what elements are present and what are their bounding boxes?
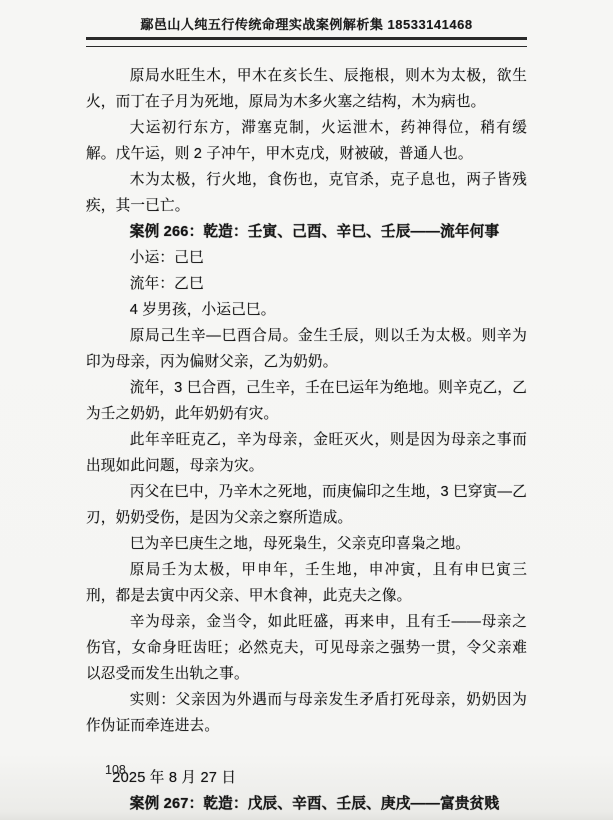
header-rule [86,37,527,47]
paragraph-year-analysis: 流年，3 巳合酉，己生辛，壬在巳运年为绝地。则辛克乙，乙为壬之奶奶，此年奶奶有灾… [86,375,527,427]
paragraph-mother-event: 此年辛旺克乙，辛为母亲，金旺灭火，则是因为母亲之事而出现如此问题，母亲为灾。 [86,427,527,479]
paragraph-wood-taiji: 木为太极，行火地，食伤也，克官杀，克子息也，两子皆残疾，其一已亡。 [86,167,527,219]
paragraph-si-branch: 巳为辛巳庚生之地，母死枭生，父亲克印喜枭之地。 [86,531,527,557]
scanned-page: 鄢邑山人纯五行传统命理实战案例解析集 18533141468 原局水旺生木，甲木… [0,0,613,820]
case-266-heading: 案例 266：乾造：壬寅、己酉、辛巳、壬辰——流年何事 [86,219,527,245]
paragraph-three-punishments: 原局壬为太极，甲申年，壬生地，申冲寅，且有申巳寅三刑，都是去寅中丙父亲、甲木食神… [86,557,527,609]
paragraph-origin-analysis: 原局己生辛—巳酉合局。金生壬辰，则以壬为太极。则辛为印为母亲，丙为偏财父亲，乙为… [86,323,527,375]
paragraph-boy-age: 4 岁男孩，小运己巳。 [86,297,527,323]
document-body: 原局水旺生木，甲木在亥长生、辰拖根，则木为太极，欲生火，而丁在子月为死地，原局为… [86,63,527,817]
paragraph-origin-chart: 原局水旺生木，甲木在亥长生、辰拖根，则木为太极，欲生火，而丁在子月为死地，原局为… [86,63,527,115]
paragraph-annual-year: 流年：乙巳 [86,271,527,297]
paragraph-mother-strength: 辛为母亲，金当令，如此旺盛，再来申，且有壬——母亲之伤官，女命身旺齿旺；必然克夫… [86,609,527,687]
paragraph-luck-cycle: 大运初行东方，滞塞克制，火运泄木，药神得位，稍有缓解。戊午运，则 2 子冲午，甲… [86,115,527,167]
case-267-heading: 案例 267：乾造：戊辰、辛酉、壬辰、庚戌——富贵贫贱 [86,791,527,817]
paragraph-minor-luck: 小运：己巳 [86,245,527,271]
date-line: 2025 年 8 月 27 日 [86,765,527,791]
paragraph-actual-outcome: 实则：父亲因为外遇而与母亲发生矛盾打死母亲，奶奶因为作伪证而牵连进去。 [86,687,527,739]
header-title: 鄢邑山人纯五行传统命理实战案例解析集 18533141468 [86,14,527,33]
paragraph-father-analysis: 丙父在巳中，乃辛木之死地，而庚偏印之生地，3 巳穿寅—乙刃，奶奶受伤，是因为父亲… [86,479,527,531]
page-content: 鄢邑山人纯五行传统命理实战案例解析集 18533141468 原局水旺生木，甲木… [86,0,527,817]
page-number: 108 [105,763,126,777]
